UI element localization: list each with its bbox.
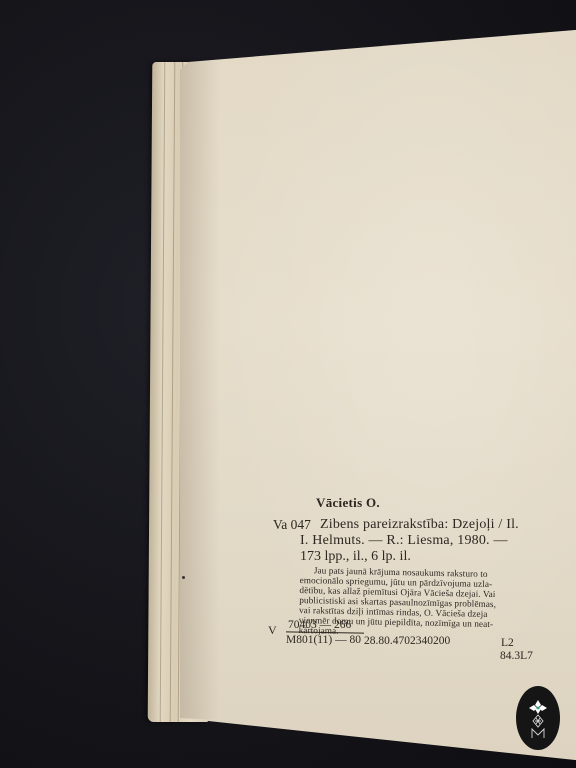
classification-code-1: L2: [501, 637, 514, 649]
fraction-bottom: M801(11) — 80: [286, 634, 361, 646]
ornament-logo-icon: [523, 694, 553, 742]
fraction-top: 70403 — 266: [288, 619, 351, 631]
call-number: Va 047: [273, 517, 311, 533]
classification-code-2: 84.3L7: [500, 650, 533, 662]
extent-line: 173 lpp., il., 6 lp. il.: [300, 549, 411, 565]
index-mark: V: [268, 623, 277, 638]
title-line: Zibens pareizrakstība: Dzejoļi / Il.: [320, 517, 519, 533]
price-code: 28.80.4702340200: [364, 635, 450, 647]
book-photo: Vācietis O. Va 047 Zibens pareizrakstība…: [0, 0, 576, 768]
watermark-badge: [516, 686, 560, 750]
page-gutter-shadow: [180, 30, 220, 730]
dust-speck: [182, 576, 185, 579]
author-heading: Vācietis O.: [316, 495, 380, 511]
publication-line: I. Helmuts. — R.: Liesma, 1980. —: [300, 533, 508, 549]
